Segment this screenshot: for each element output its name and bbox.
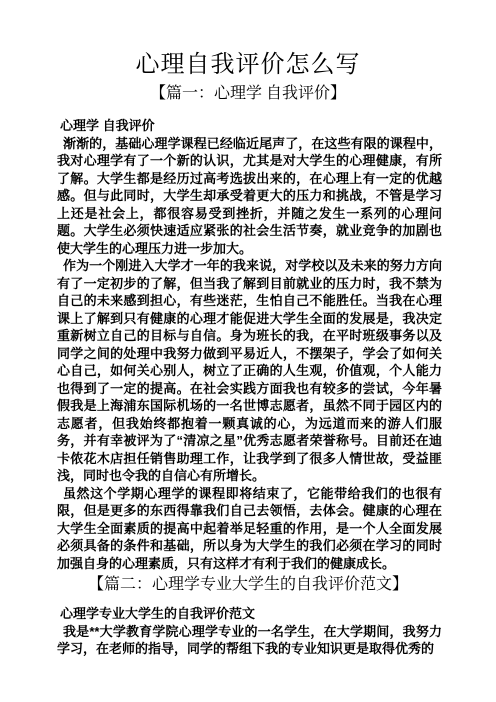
section-one-body: 心理学 自我评价 渐渐的，基础心理学课程已经临近尾声了，在这些有限的课程中，我对… xyxy=(57,117,442,572)
document-title: 心理自我评价怎么写 xyxy=(0,0,496,80)
section-one-heading: 【篇一：心理学 自我评价】 xyxy=(0,84,496,103)
document-page: 心理自我评价怎么写 【篇一：心理学 自我评价】 心理学 自我评价 渐渐的，基础心… xyxy=(0,0,496,702)
paragraph: 虽然这个学期心理学的课程即将结束了，它能带给我们的也很有限，但是更多的东西得靠我… xyxy=(57,485,442,573)
paragraph: 我是**大学教育学院心理学专业的一名学生，在大学期间，我努力学习，在老师的指导，… xyxy=(57,623,442,658)
section-two-body: 心理学专业大学生的自我评价范文 我是**大学教育学院心理学专业的一名学生，在大学… xyxy=(57,605,442,658)
section-two-subheading: 心理学专业大学生的自我评价范文 xyxy=(57,605,442,623)
section-one-subheading: 心理学 自我评价 xyxy=(57,117,442,135)
section-two-heading: 【篇二：心理学专业大学生的自我评价范文】 xyxy=(0,575,496,594)
paragraph: 渐渐的，基础心理学课程已经临近尾声了，在这些有限的课程中，我对心理学有了一个新的… xyxy=(57,135,442,258)
paragraph: 作为一个刚进入大学才一年的我来说，对学校以及未来的努力方向有了一定初步的了解，但… xyxy=(57,257,442,485)
